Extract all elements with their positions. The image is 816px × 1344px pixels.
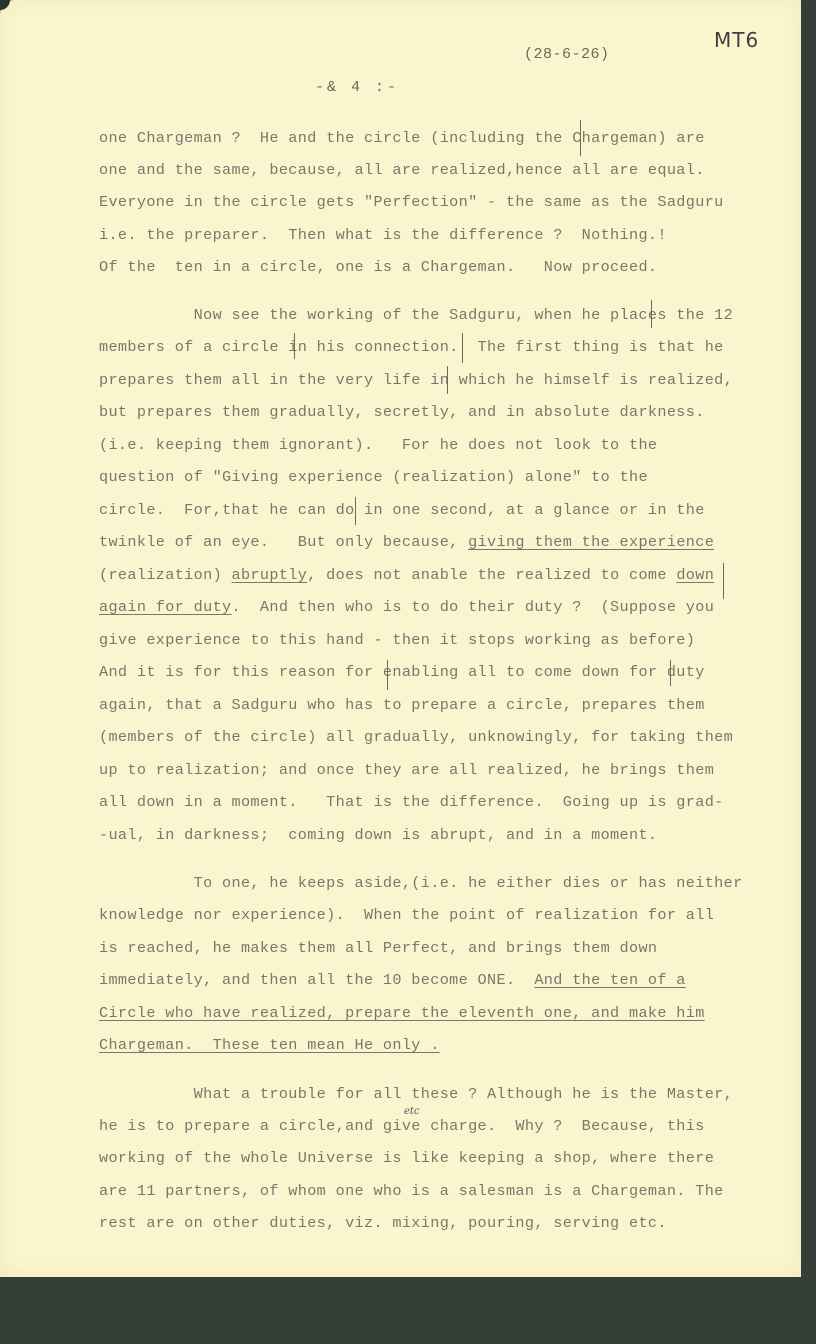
pen-separator-mark <box>651 300 652 328</box>
pen-separator-mark <box>447 366 448 394</box>
text-line: rest are on other duties, viz. mixing, p… <box>99 1214 667 1232</box>
text-line: To one, he keeps aside,(i.e. he either d… <box>99 874 743 892</box>
text-line: again for duty. And then who is to do th… <box>99 598 714 616</box>
underlined-phrase: And the ten of a <box>534 971 685 989</box>
text-line: again, that a Sadguru who has to prepare… <box>99 696 705 714</box>
text-line: What a trouble for all these ? Although … <box>99 1085 733 1103</box>
text-line: i.e. the preparer. Then what is the diff… <box>99 226 667 244</box>
typewritten-page: (28-6-26) MT6 -& 4 :- one Chargeman ? He… <box>0 0 801 1277</box>
text-line: Now see the working of the Sadguru, when… <box>99 306 733 324</box>
text-line: working of the whole Universe is like ke… <box>99 1149 714 1167</box>
handwritten-reference-mark: MT6 <box>714 28 759 52</box>
text-line: twinkle of an eye. But only because, giv… <box>99 533 714 551</box>
text-line: knowledge nor experience). When the poin… <box>99 906 714 924</box>
pen-separator-mark <box>294 333 295 359</box>
underlined-text-line: Chargeman. These ten mean He only . <box>99 1036 440 1054</box>
text-line: up to realization; and once they are all… <box>99 761 714 779</box>
text-line: all down in a moment. That is the differ… <box>99 793 724 811</box>
text-line: -ual, in darkness; coming down is abrupt… <box>99 826 657 844</box>
torn-corner <box>0 0 10 10</box>
text-segment: twinkle of an eye. But only because, <box>99 533 468 551</box>
page-number: -& 4 :- <box>315 79 399 96</box>
pen-separator-mark <box>462 333 463 363</box>
text-line: one Chargeman ? He and the circle (inclu… <box>99 129 705 147</box>
underlined-phrase: down <box>676 566 714 584</box>
pen-separator-mark <box>580 120 581 156</box>
pen-separator-mark <box>355 497 356 525</box>
handwritten-annotation: etc <box>404 1106 420 1117</box>
text-line: immediately, and then all the 10 become … <box>99 971 686 989</box>
text-line: give experience to this hand - then it s… <box>99 631 695 649</box>
pen-separator-mark <box>723 563 724 599</box>
pen-separator-mark <box>670 660 671 686</box>
text-line: (members of the circle) all gradually, u… <box>99 728 733 746</box>
text-line: And it is for this reason for enabling a… <box>99 663 705 681</box>
text-segment: , does not anable the realized to come <box>307 566 676 584</box>
text-line: but prepares them gradually, secretly, a… <box>99 403 705 421</box>
text-line: one and the same, because, all are reali… <box>99 161 705 179</box>
text-line: are 11 partners, of whom one who is a sa… <box>99 1182 724 1200</box>
underlined-text-line: Circle who have realized, prepare the el… <box>99 1004 705 1022</box>
text-line: (i.e. keeping them ignorant). For he doe… <box>99 436 657 454</box>
underlined-phrase: giving them the experience <box>468 533 714 551</box>
text-line: question of "Giving experience (realizat… <box>99 468 648 486</box>
text-segment: . And then who is to do their duty ? (Su… <box>232 598 715 616</box>
text-line: (realization) abruptly, does not anable … <box>99 566 714 584</box>
document-date: (28-6-26) <box>524 46 610 63</box>
pen-separator-mark <box>387 660 388 690</box>
text-segment: immediately, and then all the 10 become … <box>99 971 534 989</box>
text-line: Everyone in the circle gets "Perfection"… <box>99 193 724 211</box>
text-line: circle. For,that he can do in one second… <box>99 501 705 519</box>
text-line: he is to prepare a circle,and give charg… <box>99 1117 705 1135</box>
underlined-phrase: again for duty <box>99 598 232 616</box>
text-line: Of the ten in a circle, one is a Chargem… <box>99 258 657 276</box>
text-segment: (realization) <box>99 566 232 584</box>
text-line: prepares them all in the very life in wh… <box>99 371 733 389</box>
underlined-phrase: abruptly <box>232 566 308 584</box>
text-line: members of a circle in his connection. T… <box>99 338 724 356</box>
text-line: is reached, he makes them all Perfect, a… <box>99 939 657 957</box>
